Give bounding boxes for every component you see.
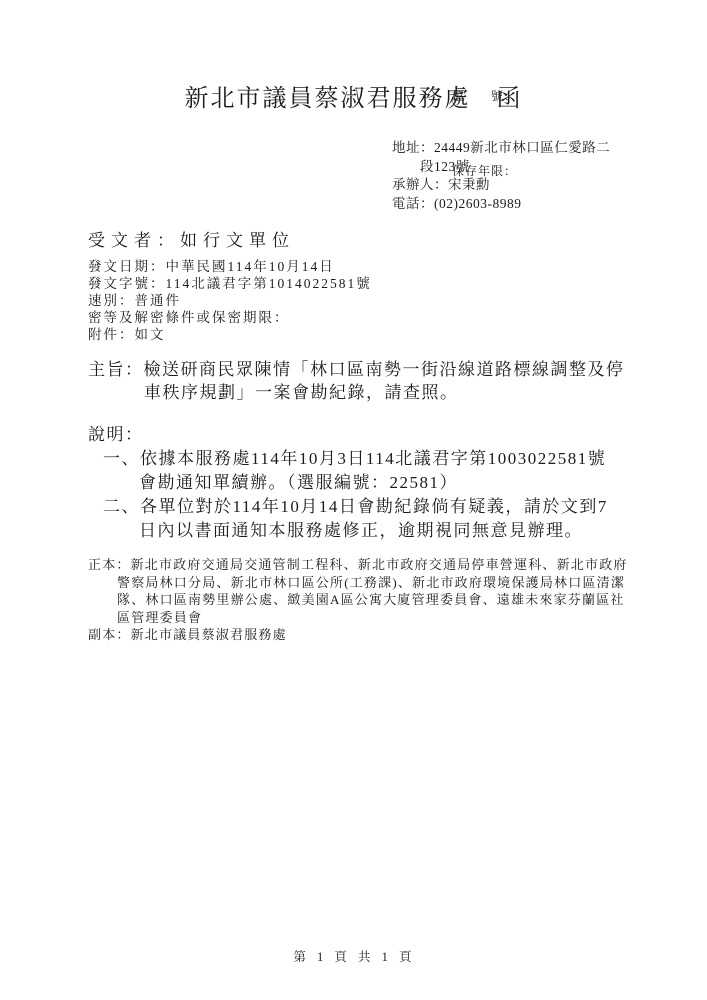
sender-contact-line: 承辦人：宋秉勳	[392, 176, 610, 195]
original-recipients: 新北市政府交通局交通管制工程科、新北市政府交通局停車營運科、新北市政府警察局林口…	[117, 557, 628, 625]
phone-label: 電話：	[392, 196, 434, 211]
copy-recipients-line: 副本：新北市議員蔡淑君服務處	[88, 626, 630, 644]
subject-text: 檢送研商民眾陳情「林口區南勢一街沿線道路標線調整及停車秩序規劃」一案會勘紀錄，請…	[144, 360, 625, 402]
sender-info-block: 地址：24449新北市林口區仁愛路二 段123號 承辦人：宋秉勳 電話：(02)…	[392, 139, 610, 213]
recipient-line: 受文者：如行文單位	[88, 226, 295, 251]
distribution-block: 正本：新北市政府交通局交通管制工程科、新北市政府交通局停車營運科、新北市政府警察…	[88, 556, 630, 644]
attachment-line: 附件：如文	[88, 326, 372, 343]
address-value-line1: 24449新北市林口區仁愛路二	[434, 140, 610, 155]
address-label: 地址：	[392, 140, 434, 155]
description-items: 一、依據本服務處114年10月3日114北議君字第1003022581號會勘通知…	[103, 447, 618, 543]
description-item-1: 一、依據本服務處114年10月3日114北議君字第1003022581號會勘通知…	[103, 447, 618, 495]
security-line: 密等及解密條件或保密期限：	[88, 309, 372, 326]
copy-recipients: 新北市議員蔡淑君服務處	[131, 627, 287, 642]
original-label: 正本：	[88, 557, 131, 572]
copy-label: 副本：	[88, 627, 131, 642]
document-title: 新北市議員蔡淑君服務處 函	[0, 78, 707, 113]
subject-paragraph: 主旨：檢送研商民眾陳情「林口區南勢一街沿線道路標線調整及停車秩序規劃」一案會勘紀…	[88, 358, 628, 404]
issue-date-line: 發文日期：中華民國114年10月14日	[88, 258, 372, 275]
sender-phone-line: 電話：(02)2603-8989	[392, 195, 610, 214]
recipient-value: 如行文單位	[180, 231, 295, 250]
item-2-number: 二、	[103, 497, 140, 516]
subject-label: 主旨：	[88, 360, 144, 379]
sender-address-line2: 段123號	[420, 158, 610, 177]
description-block: 說明： 一、依據本服務處114年10月3日114北議君字第1003022581號…	[88, 423, 633, 543]
recipient-label: 受文者：	[88, 231, 180, 250]
original-recipients-line: 正本：新北市政府交通局交通管制工程科、新北市政府交通局停車營運科、新北市政府警察…	[88, 556, 630, 626]
official-letter-page: 檔 號： 保存年限： 新北市議員蔡淑君服務處 函 地址：24449新北市林口區仁…	[0, 0, 707, 1000]
speed-line: 速別：普通件	[88, 292, 372, 309]
description-label: 說明：	[88, 423, 633, 447]
subject-block: 主旨：檢送研商民眾陳情「林口區南勢一街沿線道路標線調整及停車秩序規劃」一案會勘紀…	[88, 358, 628, 404]
sender-address-line1: 地址：24449新北市林口區仁愛路二	[392, 139, 610, 158]
contact-name: 宋秉勳	[448, 177, 490, 192]
phone-number: (02)2603-8989	[434, 196, 522, 211]
item-1-number: 一、	[103, 449, 140, 468]
meta-block: 發文日期：中華民國114年10月14日 發文字號：114北議君字第1014022…	[88, 258, 372, 343]
item-1-text: 依據本服務處114年10月3日114北議君字第1003022581號會勘通知單續…	[139, 449, 606, 492]
doc-number-line: 發文字號：114北議君字第1014022581號	[88, 275, 372, 292]
page-number-footer: 第 1 頁 共 1 頁	[0, 947, 707, 965]
item-2-text: 各單位對於114年10月14日會勘紀錄倘有疑義，請於文到7日內以書面通知本服務處…	[139, 497, 608, 540]
description-item-2: 二、各單位對於114年10月14日會勘紀錄倘有疑義，請於文到7日內以書面通知本服…	[103, 495, 618, 543]
contact-label: 承辦人：	[392, 177, 448, 192]
